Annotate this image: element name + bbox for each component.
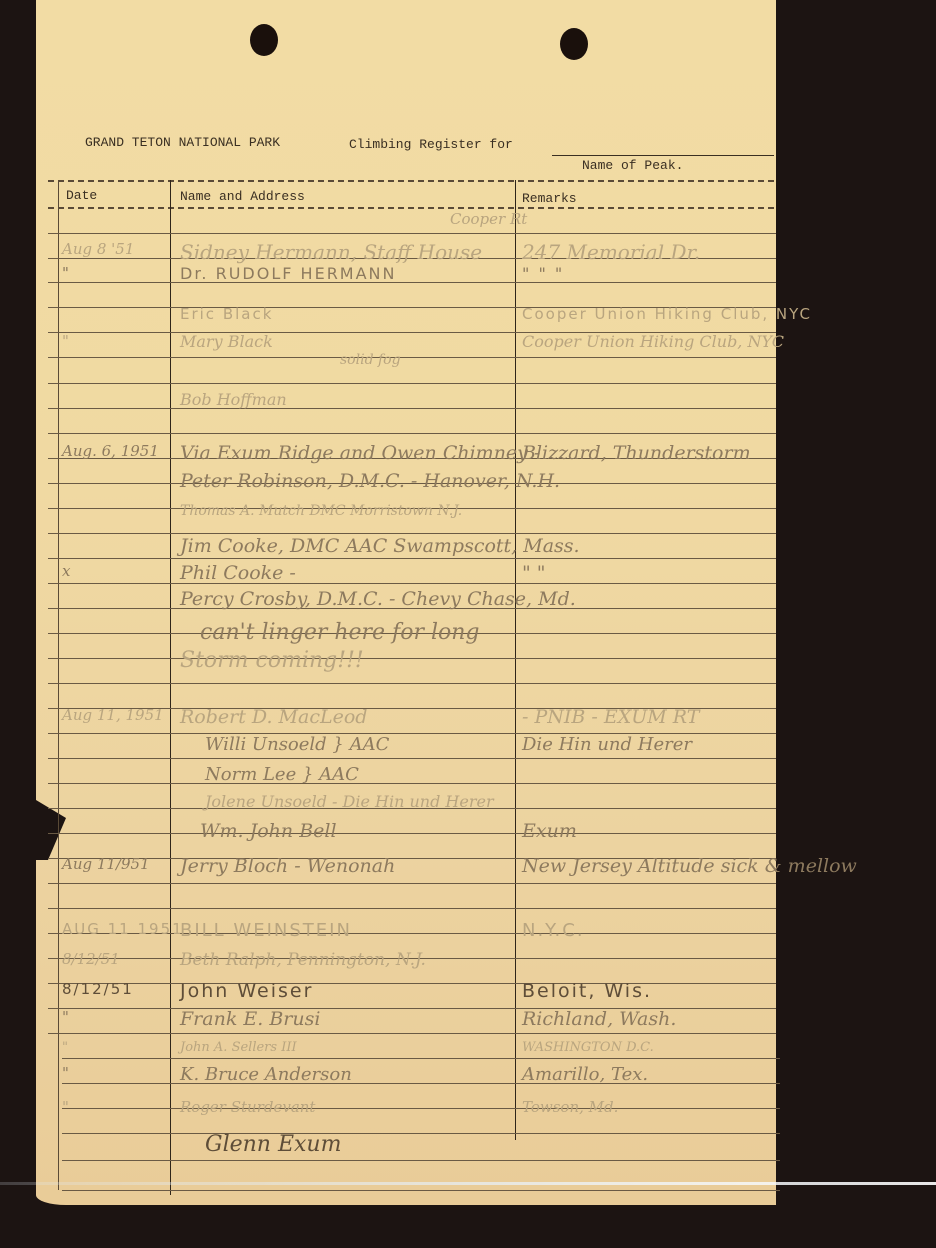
column-header-remarks: Remarks	[522, 191, 577, 206]
punch-hole-left	[250, 24, 278, 56]
entry-name-address: Wm. John Bell	[200, 820, 337, 842]
entry-remarks: 247 Memorial Dr.	[522, 240, 700, 264]
entry-name-address: Norm Lee } AAC	[205, 764, 359, 785]
entry-name-address: can't linger here for long	[200, 620, 480, 645]
ruled-line	[62, 1190, 780, 1191]
column-header-date: Date	[66, 188, 97, 203]
entry-name-address: Via Exum Ridge and Owen Chimney -	[180, 442, 540, 464]
header-top-rule	[48, 180, 774, 182]
entry-date: Aug. 6, 1951	[62, 442, 159, 460]
ruled-line	[48, 408, 776, 409]
ruled-line	[48, 383, 776, 384]
ruled-line	[48, 683, 776, 684]
entry-remarks: N.Y.C.	[522, 920, 585, 941]
ruled-line	[62, 1083, 780, 1084]
entry-remarks: Amarillo, Tex.	[522, 1064, 648, 1085]
ruled-line	[62, 1058, 780, 1059]
entry-name-address: Mary Black	[180, 332, 273, 351]
ruled-line	[48, 533, 776, 534]
entry-remarks: Exum	[522, 820, 577, 842]
entry-name-address: Jim Cooke, DMC AAC Swampscott, Mass.	[180, 535, 580, 557]
entry-name-address: Beth Ralph, Pennington, N.J.	[180, 950, 426, 970]
register-title: Climbing Register for	[349, 137, 513, 152]
ruled-line	[62, 1160, 780, 1161]
entry-name-address: Jerry Bloch - Wenonah	[180, 855, 395, 877]
entry-remarks: Towson, Md.	[522, 1098, 618, 1116]
ruled-line	[48, 758, 776, 759]
entry-date: "	[62, 1098, 69, 1116]
glass-reflection	[0, 1182, 936, 1185]
header-bottom-rule	[48, 207, 774, 209]
entry-remarks: Cooper Union Hiking Club, NYC	[522, 332, 784, 351]
entry-name-address: Roger Sturdevant	[180, 1098, 315, 1116]
peak-name-label: Name of Peak.	[582, 158, 683, 173]
entry-date: x	[62, 562, 70, 580]
column-header-name: Name and Address	[180, 189, 305, 204]
entry-name-address: Cooper Rt	[450, 210, 527, 228]
ruled-line	[48, 883, 776, 884]
entry-date: AUG 11 1951	[62, 920, 184, 938]
entry-name-address: Storm coming!!!	[180, 648, 364, 673]
entry-name-address: Glenn Exum	[205, 1132, 341, 1157]
entry-date: Aug 11, 1951	[62, 706, 164, 724]
entry-remarks: - PNIB - EXUM RT	[522, 706, 699, 728]
entry-remarks: New Jersey Altitude sick & mellow	[522, 855, 857, 877]
peak-name-field	[552, 155, 774, 156]
ruled-line	[48, 282, 776, 283]
entry-date: "	[62, 332, 69, 350]
ruled-line	[48, 658, 776, 659]
entry-name-address: John Weiser	[180, 980, 313, 1002]
entry-remarks: Richland, Wash.	[522, 1008, 676, 1030]
ruled-line	[48, 583, 776, 584]
ruled-line	[48, 833, 776, 834]
entry-name-address: John A. Sellers III	[180, 1040, 297, 1055]
entry-date: Aug 11/951	[62, 855, 150, 873]
entry-name-address: Dr. RUDOLF HERMANN	[180, 264, 397, 283]
ruled-line	[48, 558, 776, 559]
ruled-line	[48, 357, 776, 358]
punch-hole-right	[560, 28, 588, 60]
entry-date: "	[62, 1008, 69, 1026]
entry-name-address: Bob Hoffman	[180, 390, 287, 409]
entry-remarks: " "	[522, 562, 546, 584]
entry-name-address: Willi Unsoeld } AAC	[205, 734, 389, 755]
entry-name-address: Phil Cooke -	[180, 562, 296, 584]
ruled-line	[62, 1133, 780, 1134]
entry-date: 8/12/51	[62, 950, 120, 968]
ruled-line	[48, 433, 776, 434]
entry-name-address: Jolene Unsoeld - Die Hin und Herer	[205, 792, 494, 811]
entry-date: "	[62, 264, 71, 282]
ruled-line	[62, 1108, 780, 1109]
ruled-line	[48, 1033, 776, 1034]
entry-name-address: Percy Crosby, D.M.C. - Chevy Chase, Md.	[180, 588, 576, 610]
entry-date: "	[62, 1040, 68, 1055]
entry-name-address: K. Bruce Anderson	[180, 1064, 352, 1085]
entry-name-address: BILL WEINSTEIN	[180, 920, 352, 941]
entry-name-address: Peter Robinson, D.M.C. - Hanover, N.H.	[180, 470, 560, 492]
entry-date: 8/12/51	[62, 980, 134, 998]
ruled-line	[48, 783, 776, 784]
entry-date: Aug 8 '51	[62, 240, 134, 258]
entry-remarks: Blizzard, Thunderstorm	[522, 442, 751, 464]
entry-name-address: Robert D. MacLeod	[180, 706, 367, 728]
entry-remarks: Die Hin und Herer	[522, 734, 692, 755]
entry-name-address: Frank E. Brusi	[180, 1008, 320, 1030]
entry-name-address: Eric Black	[180, 305, 273, 323]
ruled-line	[48, 233, 776, 234]
entry-remarks: Cooper Union Hiking Club, NYC	[522, 305, 812, 323]
entry-name-address: solid fog	[340, 352, 401, 368]
entry-date: "	[62, 1064, 69, 1082]
park-name: GRAND TETON NATIONAL PARK	[85, 135, 280, 150]
ruled-line	[48, 983, 776, 984]
ruled-line	[48, 908, 776, 909]
entry-remarks: " " "	[522, 264, 564, 283]
name-column-divider	[515, 180, 516, 1140]
entry-remarks: Beloit, Wis.	[522, 980, 652, 1002]
entry-name-address: Thomas A. Mutch DMC Morristown N.J.	[180, 503, 462, 519]
entry-name-address: Sidney Hermann, Staff House	[180, 240, 482, 264]
entry-remarks: WASHINGTON D.C.	[522, 1040, 654, 1055]
